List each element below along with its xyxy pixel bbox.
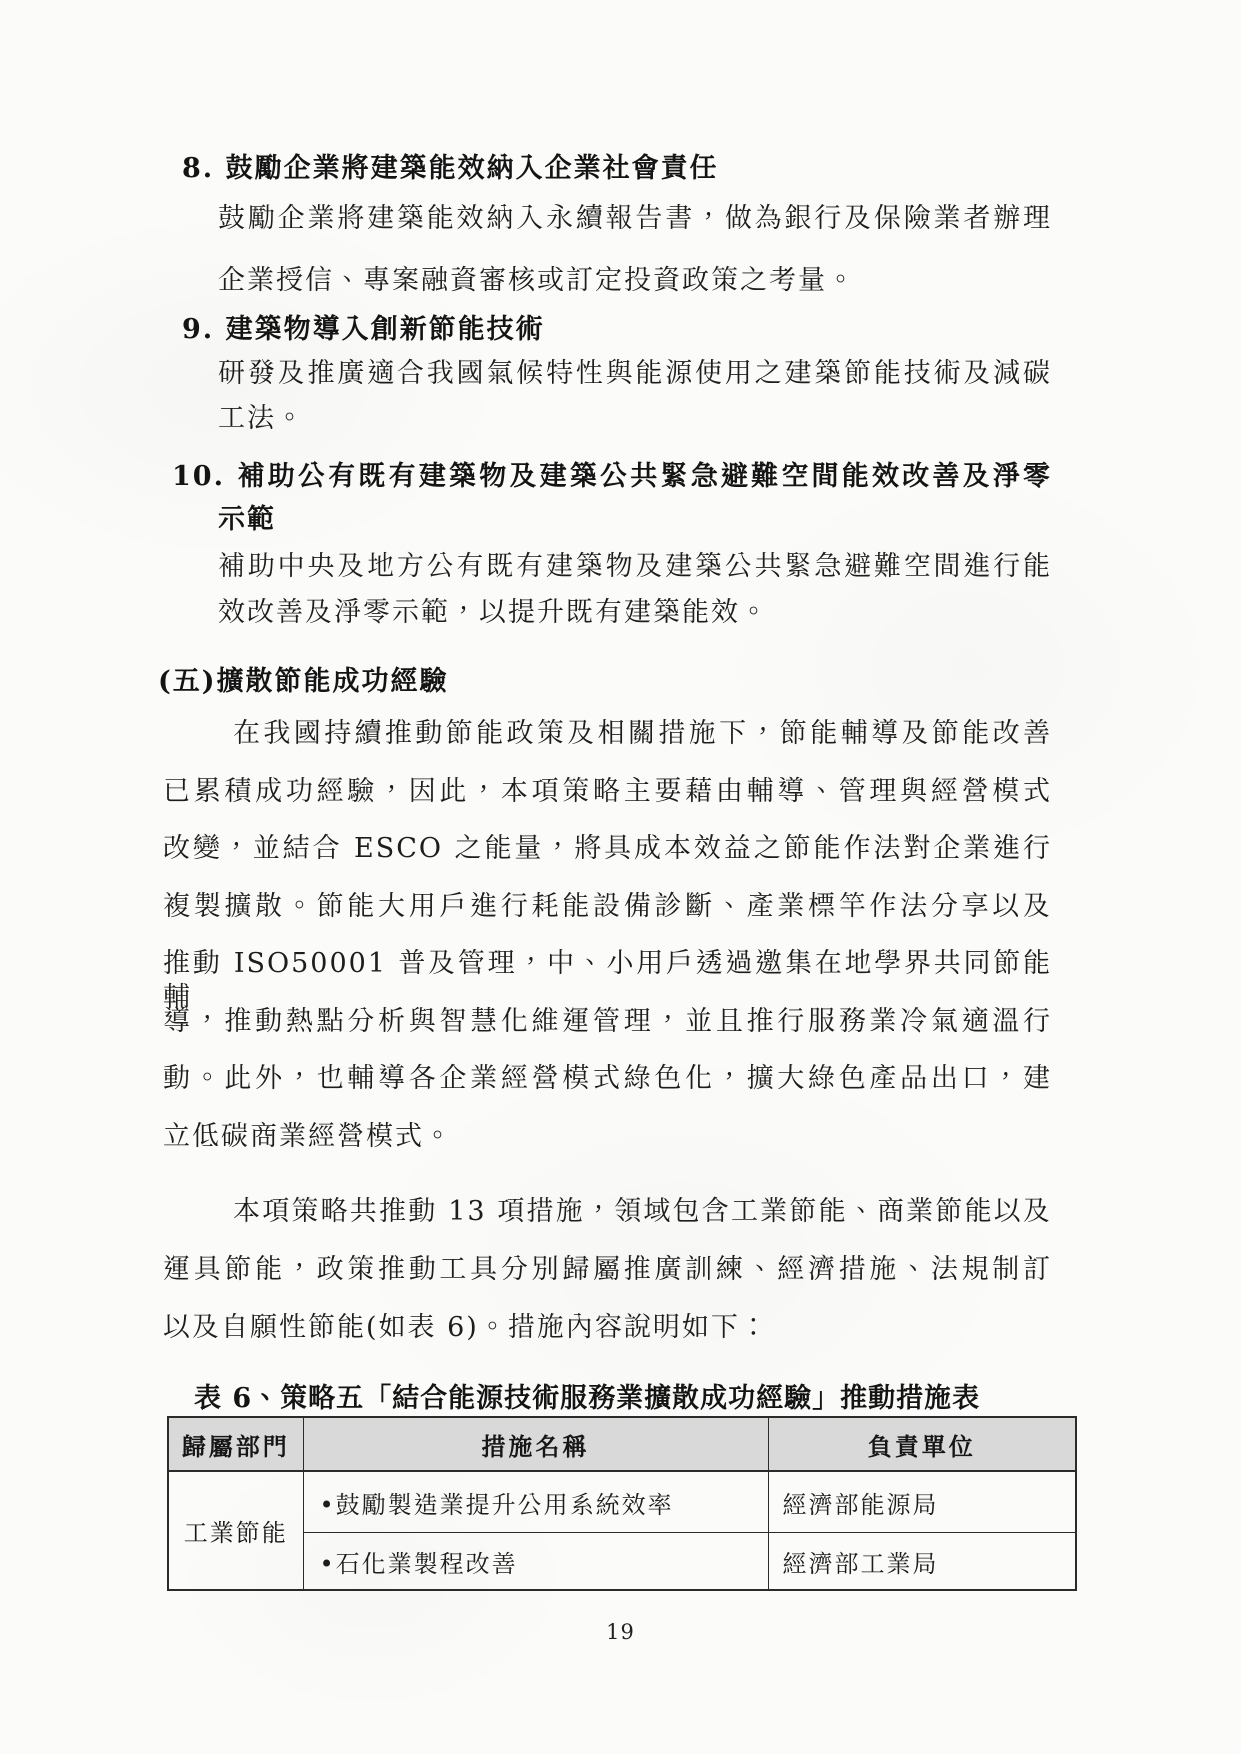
table-row: •石化業製程改善 經濟部工業局: [168, 1533, 1076, 1591]
paragraph-1: 在我國持續推動節能政策及相關措施下，節能輔導及節能改善 已累積成功經驗，因此，本…: [163, 717, 1052, 1177]
paragraph-1-line: 複製擴散。節能大用戶進行耗能設備診斷、產業標竿作法分享以及: [163, 890, 1052, 948]
paragraph-1-line: 動。此外，也輔導各企業經營模式綠色化，擴大綠色產品出口，建: [163, 1062, 1052, 1120]
paragraph-1-line: 在我國持續推動節能政策及相關措施下，節能輔導及節能改善: [163, 717, 1052, 775]
paragraph-1-line: 改變，並結合 ESCO 之能量，將具成本效益之節能作法對企業進行: [163, 832, 1052, 890]
section-10-heading: 10. 補助公有既有建築物及建築公共緊急避難空間能效改善及淨零 示範: [172, 454, 1052, 536]
section-8-heading: 8. 鼓勵企業將建築能效納入企業社會責任: [182, 146, 719, 185]
page-number: 19: [0, 1620, 1241, 1644]
section-10-heading-line: 示範: [172, 497, 1052, 536]
section-9-body: 研發及推廣適合我國氣候特性與能源使用之建築節能技術及減碳 工法。: [218, 357, 1052, 447]
table-row: 工業節能 •鼓勵製造業提升公用系統效率 經濟部能源局: [168, 1471, 1076, 1533]
section-10-heading-line: 10. 補助公有既有建築物及建築公共緊急避難空間能效改善及淨零: [172, 454, 1052, 497]
section-8-line: 鼓勵企業將建築能效納入永續報告書，做為銀行及保險業者辦理: [218, 202, 1052, 264]
table-header-row: 歸屬部門 措施名稱 負責單位: [168, 1417, 1076, 1471]
table-6: 歸屬部門 措施名稱 負責單位 工業節能 •鼓勵製造業提升公用系統效率 經濟部能源…: [167, 1416, 1077, 1591]
table-6-title: 表 6、策略五「結合能源技術服務業擴散成功經驗」推動措施表: [194, 1376, 980, 1415]
section-9-heading: 9. 建築物導入創新節能技術: [182, 307, 545, 346]
section-10-line: 補助中央及地方公有既有建築物及建築公共緊急避難空間進行能: [218, 550, 1052, 596]
header-department: 歸屬部門: [168, 1417, 303, 1471]
paragraph-2-line: 本項策略共推動 13 項措施，領域包含工業節能、商業節能以及: [163, 1195, 1052, 1253]
cell-agency: 經濟部能源局: [768, 1471, 1076, 1533]
header-responsible-unit: 負責單位: [768, 1417, 1076, 1471]
cell-measure: •鼓勵製造業提升公用系統效率: [303, 1471, 768, 1533]
section-9-line: 工法。: [218, 402, 1052, 447]
section-10-body: 補助中央及地方公有既有建築物及建築公共緊急避難空間進行能 效改善及淨零示範，以提…: [218, 550, 1052, 642]
cell-agency: 經濟部工業局: [768, 1533, 1076, 1591]
paragraph-2-line: 運具節能，政策推動工具分別歸屬推廣訓練、經濟措施、法規制訂: [163, 1253, 1052, 1311]
paragraph-2: 本項策略共推動 13 項措施，領域包含工業節能、商業節能以及 運具節能，政策推動…: [163, 1195, 1052, 1369]
paragraph-2-line: 以及自願性節能(如表 6)。措施內容說明如下：: [163, 1311, 1052, 1369]
cell-measure: •石化業製程改善: [303, 1533, 768, 1591]
section-9-line: 研發及推廣適合我國氣候特性與能源使用之建築節能技術及減碳: [218, 357, 1052, 402]
header-measure-name: 措施名稱: [303, 1417, 768, 1471]
paragraph-1-line: 導，推動熱點分析與智慧化維運管理，並且推行服務業冷氣適溫行: [163, 1005, 1052, 1063]
paragraph-1-line: 立低碳商業經營模式。: [163, 1120, 1052, 1178]
paragraph-1-line: 推動 ISO50001 普及管理，中、小用戶透過邀集在地學界共同節能輔: [163, 947, 1052, 1005]
section-10-line: 效改善及淨零示範，以提升既有建築能效。: [218, 596, 1052, 642]
subsection-five-heading: (五)擴散節能成功經驗: [158, 659, 449, 698]
cell-department-group: 工業節能: [168, 1471, 303, 1590]
document-page: 8. 鼓勵企業將建築能效納入企業社會責任 鼓勵企業將建築能效納入永續報告書，做為…: [0, 0, 1241, 1754]
paragraph-1-line: 已累積成功經驗，因此，本項策略主要藉由輔導、管理與經營模式: [163, 775, 1052, 833]
measures-table: 歸屬部門 措施名稱 負責單位 工業節能 •鼓勵製造業提升公用系統效率 經濟部能源…: [167, 1416, 1077, 1591]
